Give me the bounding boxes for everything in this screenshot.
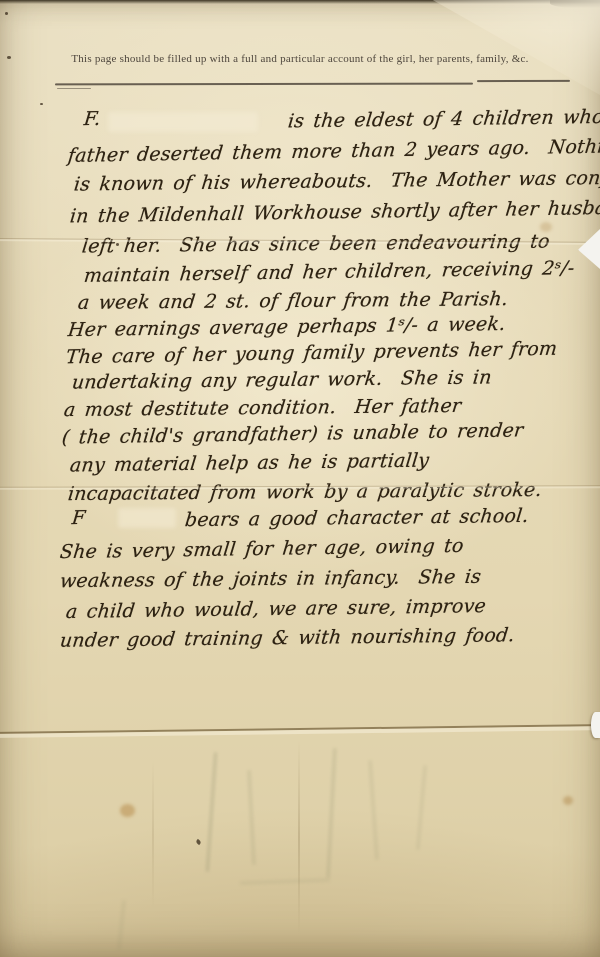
handwriting-line: father deserted them more than 2 years a… xyxy=(0,140,600,170)
stain xyxy=(563,796,573,805)
handwriting-text: a child who would, we are sure, improve xyxy=(65,595,487,623)
handwriting-text: in the Mildenhall Workhouse shortly afte… xyxy=(69,197,600,228)
handwriting-text: under good training & with nourishing fo… xyxy=(59,624,516,652)
scanned-document-page: This page should be filled up with a ful… xyxy=(0,0,600,957)
vertical-crease xyxy=(152,760,154,910)
vertical-crease xyxy=(298,740,300,935)
handwriting-text: any material help as he is partially xyxy=(69,449,430,476)
speck xyxy=(5,12,8,15)
ink-showthrough xyxy=(369,760,379,860)
printed-instruction: This page should be filled up with a ful… xyxy=(0,53,600,65)
handwriting-text: Her earnings average perhaps 1ˢ/- a week… xyxy=(67,313,507,341)
ink-showthrough xyxy=(416,765,426,850)
handwriting-text: is the eldest of 4 children whose xyxy=(287,106,600,133)
handwriting-text: weakness of the joints in infancy. She i… xyxy=(59,566,483,592)
ink-showthrough xyxy=(117,900,125,950)
handwriting-initial: F xyxy=(71,507,87,529)
handwriting-line: is known of his whereabouts. The Mother … xyxy=(0,170,600,200)
handwriting-initial: F. xyxy=(83,108,102,130)
ink-showthrough xyxy=(206,752,217,872)
handwriting-text: undertaking any regular work. She is in xyxy=(71,366,493,393)
ruled-line xyxy=(55,83,473,86)
handwriting-text: a week and 2 st. of flour from the Paris… xyxy=(77,288,510,314)
handwriting-line: F bears a good character at school. xyxy=(0,507,600,537)
handwriting-line: any material help as he is partially xyxy=(0,452,600,482)
stain xyxy=(540,222,552,232)
ink-showthrough xyxy=(248,770,256,865)
ruled-line xyxy=(57,88,91,89)
speck xyxy=(40,103,43,105)
handwriting-text: father deserted them more than 2 years a… xyxy=(67,135,600,167)
ink-showthrough xyxy=(327,748,337,878)
handwriting-line: under good training & with nourishing fo… xyxy=(0,627,600,657)
fold-crease xyxy=(0,724,600,738)
handwriting-text: incapacitated from work by a paralytic s… xyxy=(67,479,543,505)
ink-showthrough xyxy=(240,878,330,884)
speck xyxy=(116,243,119,246)
speck xyxy=(195,839,201,845)
ruled-line xyxy=(477,80,570,82)
handwriting-line: She is very small for her age, owing to xyxy=(0,538,600,568)
handwriting-text: maintain herself and her children, recei… xyxy=(83,257,576,287)
handwriting-line: in the Mildenhall Workhouse shortly afte… xyxy=(0,201,600,231)
handwriting-text: The care of her young family prevents he… xyxy=(65,338,559,369)
handwriting-text: She is very small for her age, owing to xyxy=(59,535,465,563)
handwriting-line: F. is the eldest of 4 children whose xyxy=(0,108,600,138)
handwriting-text: is known of his whereabouts. The Mother … xyxy=(73,166,600,195)
handwriting-line: The care of her young family prevents he… xyxy=(0,342,600,372)
stain xyxy=(120,804,135,817)
handwriting-line: undertaking any regular work. She is in xyxy=(0,369,600,399)
handwriting-text: ( the child's grandfather) is unable to … xyxy=(61,419,525,448)
handwriting-line: weakness of the joints in infancy. She i… xyxy=(0,568,600,598)
handwriting-text: a most destitute condition. Her father xyxy=(63,395,463,421)
handwriting-text: bears a good character at school. xyxy=(184,505,530,531)
handwriting-line: maintain herself and her children, recei… xyxy=(0,261,600,291)
handwriting-line: ( the child's grandfather) is unable to … xyxy=(0,423,600,453)
tear-notch xyxy=(591,712,600,738)
speck xyxy=(7,56,11,59)
